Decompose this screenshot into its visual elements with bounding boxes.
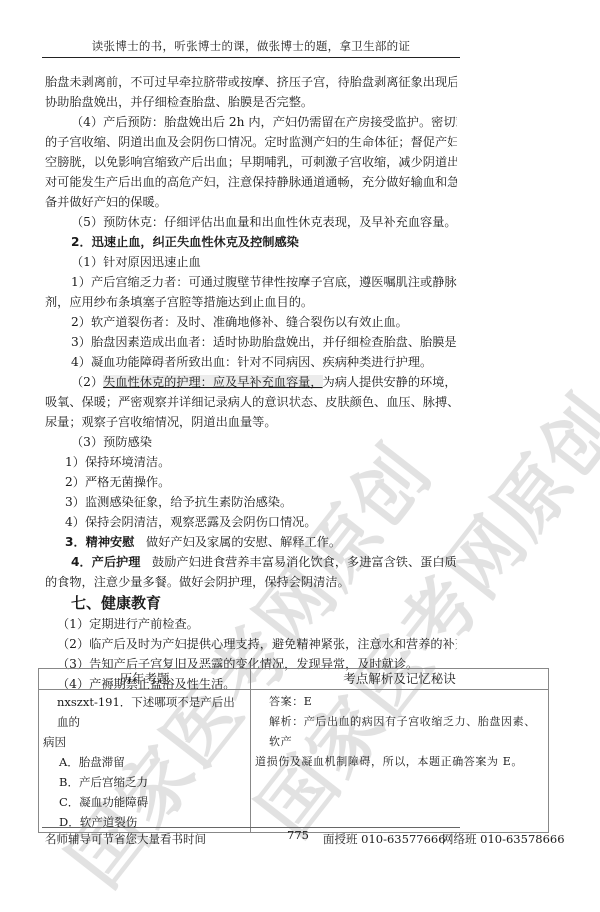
option-b: B．产后宫缩乏力 [43, 772, 246, 792]
section-heading: 4．产后护理 [71, 555, 140, 569]
question-text: 病因 [43, 732, 246, 752]
list-item: （1）定期进行产前检查。 [45, 614, 457, 634]
answer-text: 答案：E [255, 692, 544, 712]
highlighted-text: 失血性休克的护理：应及早补充血容量， [103, 375, 322, 389]
page-header: 读张博士的书，听张博士的课，做张博士的题，拿卫生部的证 [42, 38, 460, 54]
text: 为病人提供安静的环境，保持平卧、 [323, 375, 457, 389]
analysis-text: 道损伤及凝血机制障碍，所以，本题正确答案为 E。 [255, 752, 544, 772]
text-line: （5）预防休克：仔细评估出血量和出血性休克表现，及早补充血容量。 [45, 212, 457, 232]
table-header-past-questions: 历年考题 [39, 669, 251, 690]
subsection-title: （3）预防感染 [45, 432, 457, 452]
list-item: 1）产后宫缩乏力者：可通过腹壁节律性按摩子宫底，遵医嘱肌注或静脉推注宫缩 [45, 272, 457, 292]
online-class-phone: 网络班 010-63578666 [442, 831, 565, 847]
section-heading: 2．迅速止血，纠正失血性休克及控制感染 [45, 232, 457, 252]
text-line: 协助胎盘娩出，并仔细检查胎盘、胎膜是否完整。 [45, 92, 457, 112]
text-line: 的子宫收缩、阴道出血及会阴伤口情况。定时监测产妇的生命体征；督促产妇及时排 [45, 132, 457, 152]
chapter-heading: 七、健康教育 [45, 592, 457, 614]
text-line: 备并做好产妇的保暖。 [45, 192, 457, 212]
header-divider [42, 57, 460, 58]
option-a: A．胎盘滞留 [43, 752, 246, 772]
option-d: D．软产道裂伤 [43, 812, 246, 832]
list-item: 1）保持环境清洁。 [45, 452, 457, 472]
text-line: 胎盘未剥离前，不可过早牵拉脐带或按摩、挤压子宫，待胎盘剥离征象出现后，及时 [45, 72, 457, 92]
exam-question-table: 历年考题 考点解析及记忆秘诀 nxszxt-191．下述哪项不是产后出血的 病因… [38, 668, 549, 833]
text-line: 对可能发生产后出血的高危产妇，注意保持静脉通道通畅，充分做好输血和急救的准 [45, 172, 457, 192]
text-line: 3．精神安慰 做好产妇及家属的安慰、解释工作。 [45, 532, 457, 552]
footer-divider [42, 827, 460, 828]
section-heading: 3．精神安慰 [65, 535, 134, 549]
text: 做好产妇及家属的安慰、解释工作。 [146, 535, 341, 549]
page-number: 775 [287, 828, 309, 842]
table-header-analysis: 考点解析及记忆秘诀 [251, 669, 549, 690]
subsection-number: （2） [71, 375, 103, 389]
list-item: 2）软产道裂伤者：及时、准确地修补、缝合裂伤以有效止血。 [45, 312, 457, 332]
list-item: 4）保持会阴清洁，观察恶露及会阴伤口情况。 [45, 512, 457, 532]
text-line: 空膀胱，以免影响宫缩致产后出血；早期哺乳，可刺激子宫收缩，减少阴道出血量； [45, 152, 457, 172]
text-line: 4．产后护理 鼓励产妇进食营养丰富易消化饮食，多进富含铁、蛋白质、维生素 [45, 552, 457, 572]
document-body: 胎盘未剥离前，不可过早牵拉脐带或按摩、挤压子宫，待胎盘剥离征象出现后，及时 协助… [45, 72, 457, 694]
text-line: 吸氧、保暖；严密观察并详细记录病人的意识状态、皮肤颜色、血压、脉搏、呼吸及 [45, 392, 457, 412]
text: 鼓励产妇进食营养丰富易消化饮食，多进富含铁、蛋白质、维生素 [152, 555, 457, 569]
text-line: （4）产后预防：胎盘娩出后 2h 内，产妇仍需留在产房接受监护。密切观察产妇 [45, 112, 457, 132]
analysis-text: 解析：产后出血的病因有子宫收缩乏力、胎盘因素、软产 [255, 712, 544, 752]
text-line: 剂，应用纱布条填塞子宫腔等措施达到止血目的。 [45, 292, 457, 312]
footer-slogan: 名师辅导可节省您大量看书时间 [45, 831, 206, 847]
text-line: 尿量；观察子宫收缩情况，阴道出血量等。 [45, 412, 457, 432]
list-item: 4）凝血功能障碍者所致出血：针对不同病因、疾病种类进行护理。 [45, 352, 457, 372]
list-item: 3）监测感染征象，给予抗生素防治感染。 [45, 492, 457, 512]
analysis-cell: 答案：E 解析：产后出血的病因有子宫收缩乏力、胎盘因素、软产 道损伤及凝血机制障… [251, 690, 549, 833]
subsection-title: （1）针对原因迅速止血 [45, 252, 457, 272]
list-item: 2）严格无菌操作。 [45, 472, 457, 492]
document-page: 国家医考网原创 国家医考网原创 读张博士的书，听张博士的课，做张博士的题，拿卫生… [0, 0, 600, 912]
text-line: 的食物，注意少量多餐。做好会阴护理，保持会阴清洁。 [45, 572, 457, 592]
option-c: C．凝血功能障碍 [43, 792, 246, 812]
question-cell: nxszxt-191．下述哪项不是产后出血的 病因 A．胎盘滞留 B．产后宫缩乏… [39, 690, 251, 833]
list-item: （2）临产后及时为产妇提供心理支持，避免精神紧张，注意水和营养的补充。 [45, 634, 457, 654]
list-item: 3）胎盘因素造成出血者：适时协助胎盘娩出，并仔细检查胎盘、胎膜是否完整。 [45, 332, 457, 352]
question-text: nxszxt-191．下述哪项不是产后出血的 [43, 692, 246, 732]
text-line: （2）失血性休克的护理：应及早补充血容量，为病人提供安静的环境，保持平卧、 [45, 372, 457, 392]
offline-class-phone: 面授班 010-63577666 [323, 831, 446, 847]
